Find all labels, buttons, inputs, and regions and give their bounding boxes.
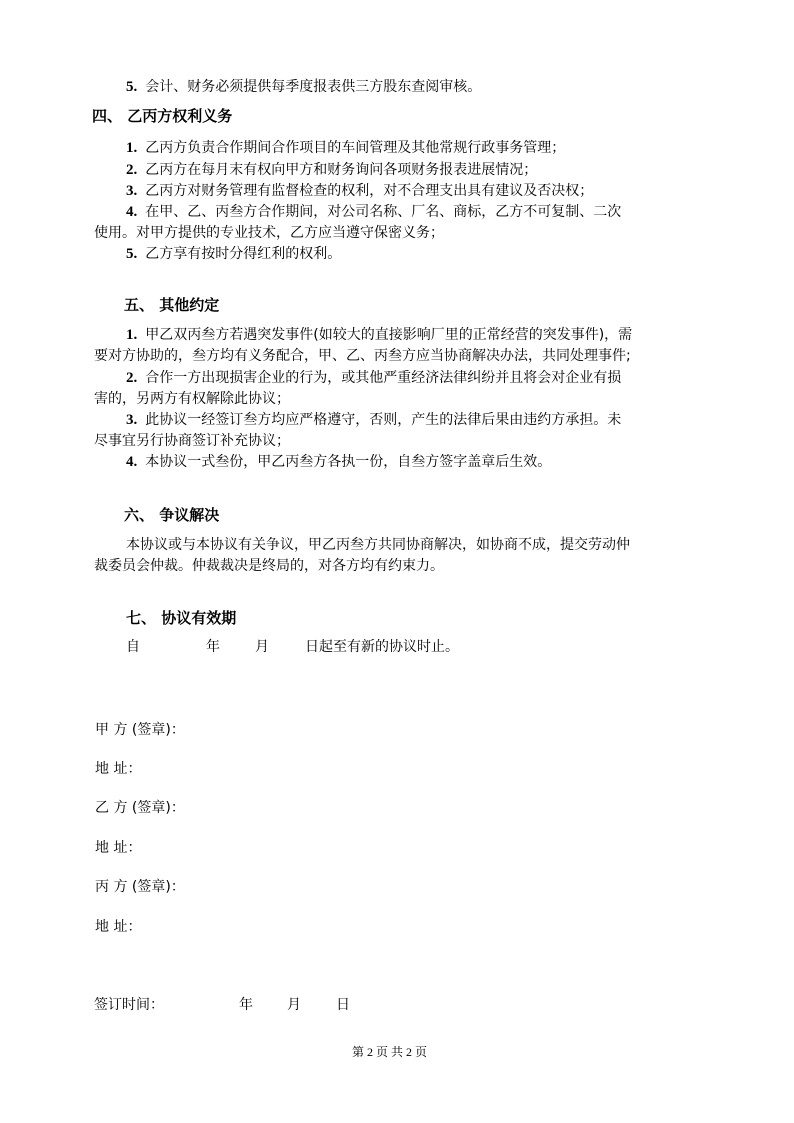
section5-item-3: 3.此协议一经签订叁方均应严格遵守，否则，产生的法律后果由违约方承担。未 (126, 410, 621, 430)
validity-year: 年 (206, 637, 220, 657)
sign-date-label: 签订时间： (94, 995, 164, 1015)
party-a-address-label: 地 址： (95, 759, 141, 779)
party-c-signature-label: 丙 方 (签章)： (95, 877, 185, 897)
party-a-signature-label: 甲 方 (签章)： (95, 720, 185, 740)
section4-heading: 四、 乙丙方权利义务 (92, 106, 232, 126)
sign-date-year: 年 (239, 995, 253, 1015)
section5-heading: 五、 其他约定 (124, 295, 219, 315)
section6-heading: 六、 争议解决 (124, 505, 219, 525)
validity-rest: 日起至有新的协议时止。 (305, 637, 459, 657)
party-b-address-label: 地 址： (95, 838, 141, 858)
section5-item-1-cont: 要对方协助的，叁方均有义务配合，甲、乙、丙叁方应当协商解决办法，共同处理事件; (94, 346, 631, 366)
section4-item-3: 3.乙丙方对财务管理有监督检查的权利，对不合理支出具有建议及否决权； (126, 181, 593, 201)
party-c-address-label: 地 址： (95, 917, 141, 937)
section5-item-4: 4.本协议一式叁份，甲乙丙叁方各执一份，自叁方签字盖章后生效。 (126, 452, 551, 472)
section3-item-5: 5.会计、财务必须提供每季度报表供三方股东查阅审核。 (126, 77, 481, 97)
validity-month: 月 (255, 637, 269, 657)
party-b-signature-label: 乙 方 (签章)： (95, 798, 185, 818)
sign-date-day: 日 (336, 995, 350, 1015)
section4-item-2: 2.乙丙方在每月末有权向甲方和财务询问各项财务报表进展情况； (126, 160, 537, 180)
section6-text: 本协议或与本协议有关争议，甲乙丙叁方共同协商解决，如协商不成，提交劳动仲 (126, 535, 630, 555)
section6-text-cont: 裁委员会仲裁。仲裁裁决是终局的，对各方均有约束力。 (94, 556, 444, 576)
section5-item-1: 1.甲乙双丙叁方若遇突发事件(如较大的直接影响厂里的正常经营的突发事件)，需 (126, 325, 632, 345)
section5-item-2: 2.合作一方出现损害企业的行为，或其他严重经济法律纠纷并且将会对企业有损 (126, 368, 621, 388)
section5-item-3-cont: 尽事宜另行协商签订补充协议； (94, 431, 290, 451)
validity-from: 自 (126, 637, 140, 657)
section7-heading: 七、 协议有效期 (126, 608, 236, 628)
section4-item-1: 1.乙丙方负责合作期间合作项目的车间管理及其他常规行政事务管理； (126, 138, 565, 158)
section4-item-4-cont: 使用。对甲方提供的专业技术，乙方应当遵守保密义务； (94, 223, 444, 243)
sign-date-month: 月 (287, 995, 301, 1015)
page-number: 第 2 页 共 2 页 (352, 1043, 427, 1060)
section5-item-2-cont: 害的，另两方有权解除此协议； (94, 389, 290, 409)
section4-item-4: 4.在甲、乙、丙叁方合作期间，对公司名称、厂名、商标，乙方不可复制、二次 (126, 202, 621, 222)
section4-item-5: 5.乙方享有按时分得红利的权利。 (126, 244, 341, 264)
